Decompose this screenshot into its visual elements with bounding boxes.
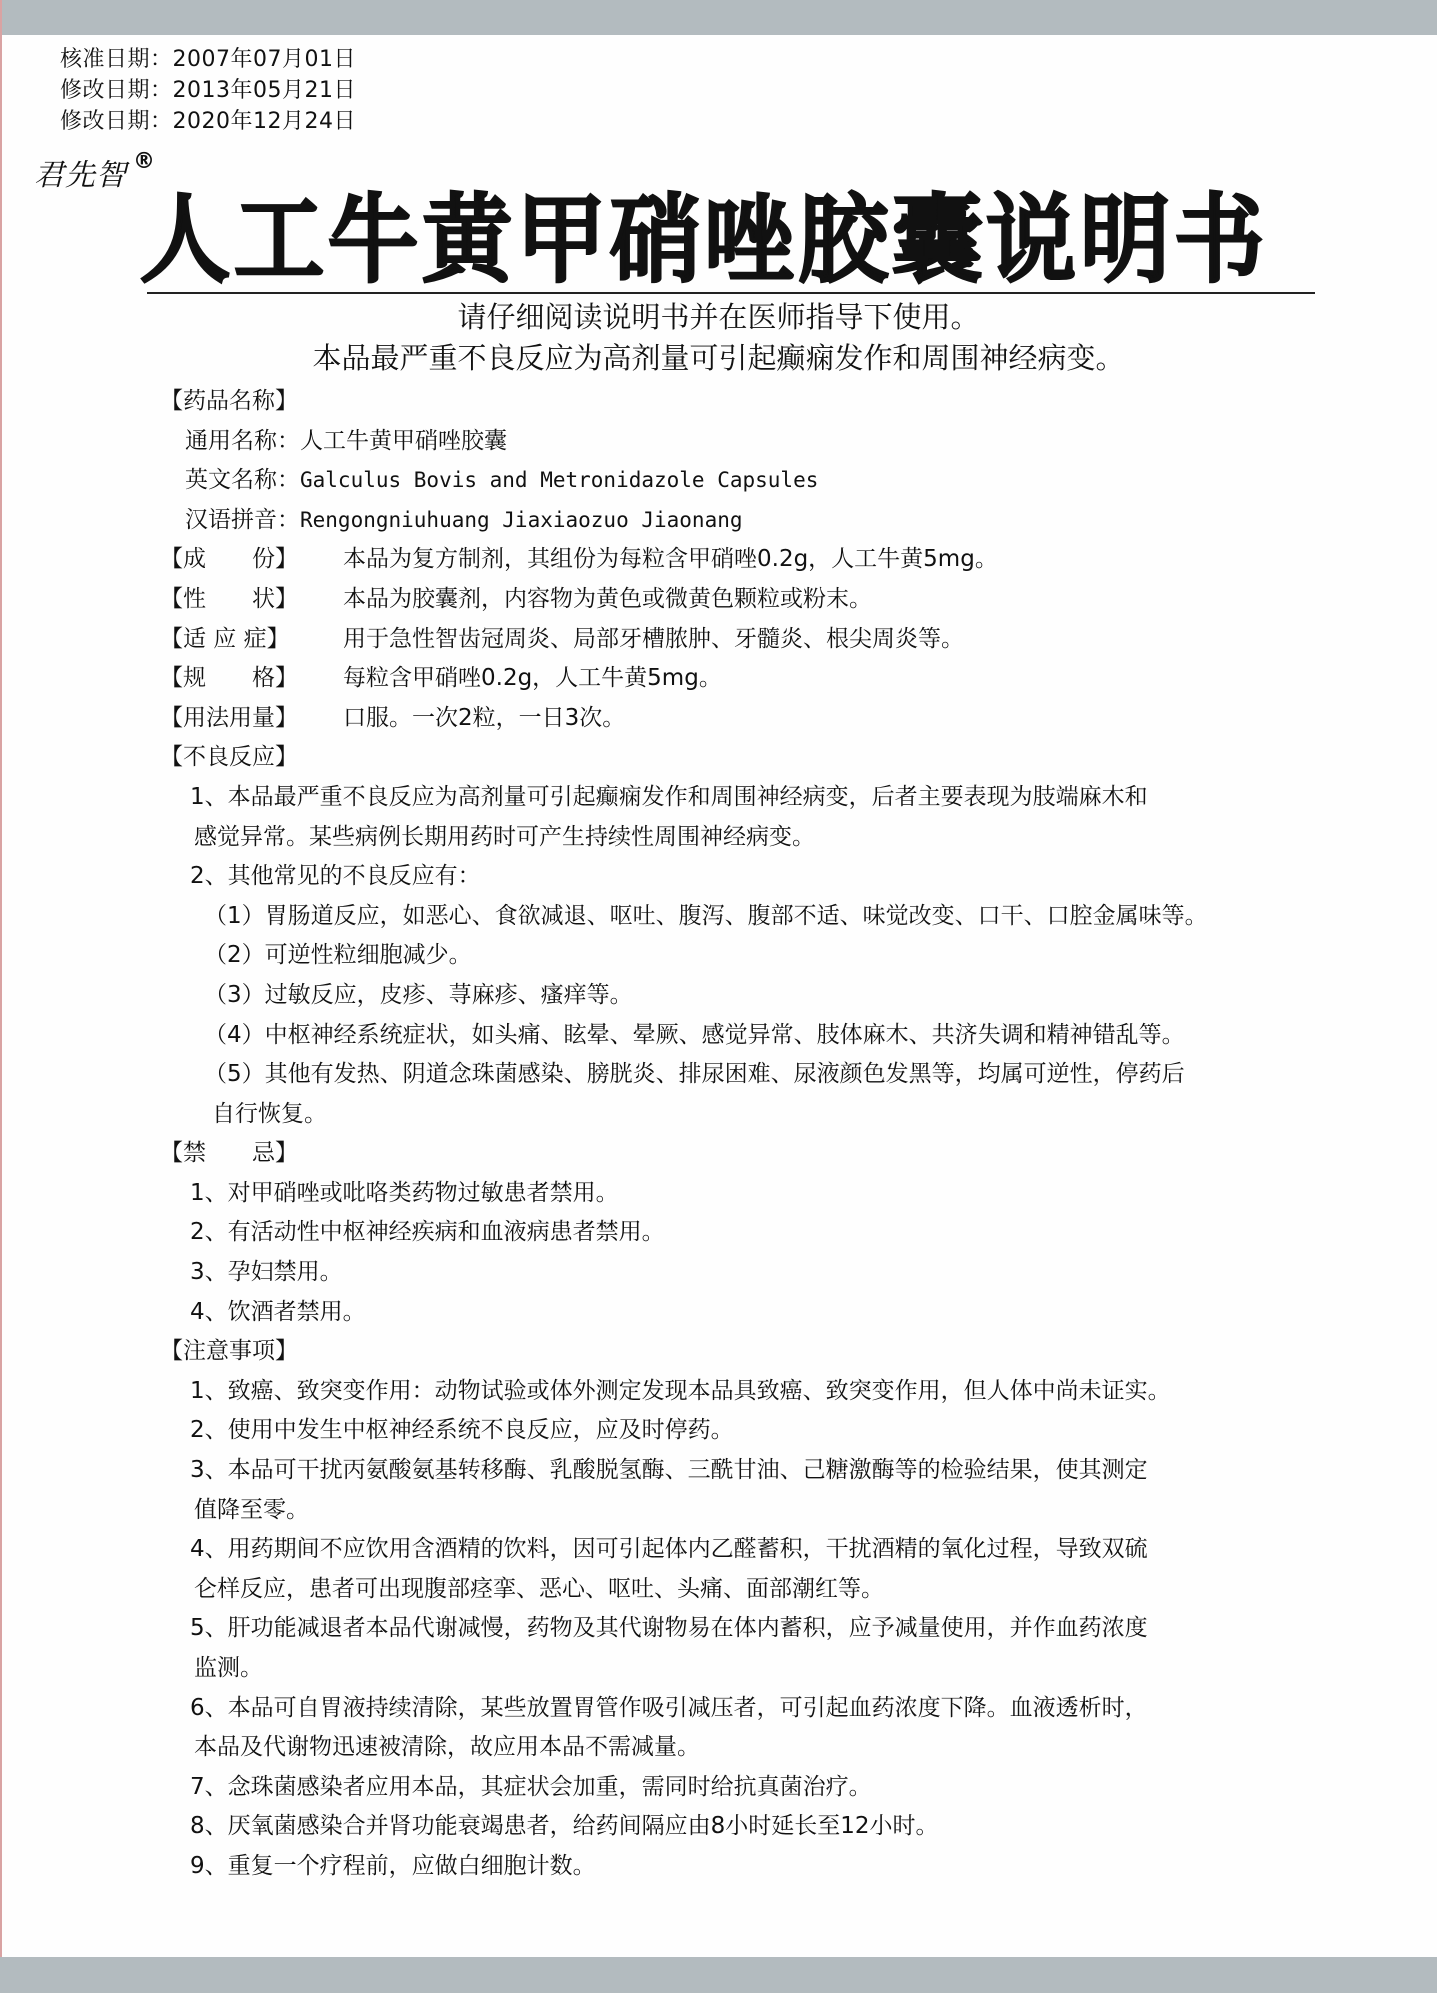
field-ingredients: 【成 份】本品为复方制剂，其组份为每粒含甲硝唑0.2g，人工牛黄5mg。: [160, 540, 1430, 580]
english-name: 英文名称：Galculus Bovis and Metronidazole Ca…: [160, 461, 1430, 501]
precaution-item-cont: 监测。: [160, 1649, 1430, 1689]
section-header-precautions: 【注意事项】: [160, 1332, 1430, 1372]
boxed-warning: 本品最严重不良反应为高剂量可引起癫痫发作和周围神经病变。: [0, 339, 1437, 377]
top-scan-margin: [0, 0, 1437, 35]
precaution-item-cont: 本品及代谢物迅速被清除，故应用本品不需减量。: [160, 1728, 1430, 1768]
precaution-item: 7、念珠菌感染者应用本品，其症状会加重，需同时给抗真菌治疗。: [160, 1768, 1430, 1808]
precaution-item: 5、肝功能减退者本品代谢减慢，药物及其代谢物易在体内蓄积，应予减量使用，并作血药…: [160, 1609, 1430, 1649]
brand-logo: 君先智®: [34, 150, 156, 194]
precaution-item-cont: 值降至零。: [160, 1491, 1430, 1531]
precaution-item: 4、用药期间不应饮用含酒精的饮料，因可引起体内乙醛蓄积，干扰酒精的氧化过程，导致…: [160, 1530, 1430, 1570]
registered-trademark-icon: ®: [133, 149, 156, 174]
contraindication-item: 4、饮酒者禁用。: [160, 1293, 1430, 1333]
precaution-item: 2、使用中发生中枢神经系统不良反应，应及时停药。: [160, 1411, 1430, 1451]
adverse-item-1-cont: 感觉异常。某些病例长期用药时可产生持续性周围神经病变。: [160, 818, 1430, 858]
pinyin-name: 汉语拼音：Rengongniuhuang Jiaxiaozuo Jiaonang: [160, 501, 1430, 541]
field-dosage: 【用法用量】口服。一次2粒，一日3次。: [160, 699, 1430, 739]
adverse-subitem-cont: 自行恢复。: [160, 1095, 1430, 1135]
contraindication-item: 3、孕妇禁用。: [160, 1253, 1430, 1293]
field-indications: 【适 应 症】用于急性智齿冠周炎、局部牙槽脓肿、牙髓炎、根尖周炎等。: [160, 620, 1430, 660]
leaflet-body: 【药品名称】 通用名称：人工牛黄甲硝唑胶囊 英文名称：Galculus Bovi…: [160, 382, 1430, 1887]
field-description: 【性 状】本品为胶囊剂，内容物为黄色或微黄色颗粒或粉末。: [160, 580, 1430, 620]
precaution-item-cont: 仑样反应，患者可出现腹部痉挛、恶心、呕吐、头痛、面部潮红等。: [160, 1570, 1430, 1610]
precaution-item: 3、本品可干扰丙氨酸氨基转移酶、乳酸脱氢酶、三酰甘油、己糖激酶等的检验结果，使其…: [160, 1451, 1430, 1491]
section-header-drug-name: 【药品名称】: [160, 382, 1430, 422]
adverse-item-2: 2、其他常见的不良反应有：: [160, 857, 1430, 897]
precaution-item: 1、致癌、致突变作用：动物试验或体外测定发现本品具致癌、致突变作用，但人体中尚未…: [160, 1372, 1430, 1412]
field-specification: 【规 格】每粒含甲硝唑0.2g，人工牛黄5mg。: [160, 659, 1430, 699]
section-header-contraindications: 【禁 忌】: [160, 1134, 1430, 1174]
revision-date: 修改日期：2020年12月24日: [60, 106, 356, 137]
adverse-subitem: （5）其他有发热、阴道念珠菌感染、膀胱炎、排尿困难、尿液颜色发黑等，均属可逆性，…: [160, 1055, 1430, 1095]
section-header-adverse-reactions: 【不良反应】: [160, 738, 1430, 778]
adverse-subitem: （2）可逆性粒细胞减少。: [160, 936, 1430, 976]
adverse-subitem: （3）过敏反应，皮疹、荨麻疹、瘙痒等。: [160, 976, 1430, 1016]
approval-dates: 核准日期：2007年07月01日 修改日期：2013年05月21日 修改日期：2…: [60, 44, 356, 137]
bottom-scan-margin: [0, 1957, 1437, 1993]
document-title: 人工牛黄甲硝唑胶囊说明书: [140, 188, 1259, 292]
contraindication-item: 2、有活动性中枢神经疾病和血液病患者禁用。: [160, 1213, 1430, 1253]
revision-date: 修改日期：2013年05月21日: [60, 75, 356, 106]
adverse-item-1: 1、本品最严重不良反应为高剂量可引起癫痫发作和周围神经病变，后者主要表现为肢端麻…: [160, 778, 1430, 818]
adverse-subitem: （1）胃肠道反应，如恶心、食欲减退、呕吐、腹泻、腹部不适、味觉改变、口干、口腔金…: [160, 897, 1430, 937]
precaution-item: 6、本品可自胃液持续清除，某些放置胃管作吸引减压者，可引起血药浓度下降。血液透析…: [160, 1689, 1430, 1729]
brand-name: 君先智: [34, 158, 127, 193]
generic-name: 通用名称：人工牛黄甲硝唑胶囊: [160, 422, 1430, 462]
title-underline: [147, 292, 1315, 294]
approval-date: 核准日期：2007年07月01日: [60, 44, 356, 75]
adverse-subitem: （4）中枢神经系统症状，如头痛、眩晕、晕厥、感觉异常、肢体麻木、共济失调和精神错…: [160, 1016, 1430, 1056]
precaution-item: 9、重复一个疗程前，应做白细胞计数。: [160, 1847, 1430, 1887]
usage-notice: 请仔细阅读说明书并在医师指导下使用。: [0, 298, 1437, 336]
precaution-item: 8、厌氧菌感染合并肾功能衰竭患者，给药间隔应由8小时延长至12小时。: [160, 1807, 1430, 1847]
contraindication-item: 1、对甲硝唑或吡咯类药物过敏患者禁用。: [160, 1174, 1430, 1214]
